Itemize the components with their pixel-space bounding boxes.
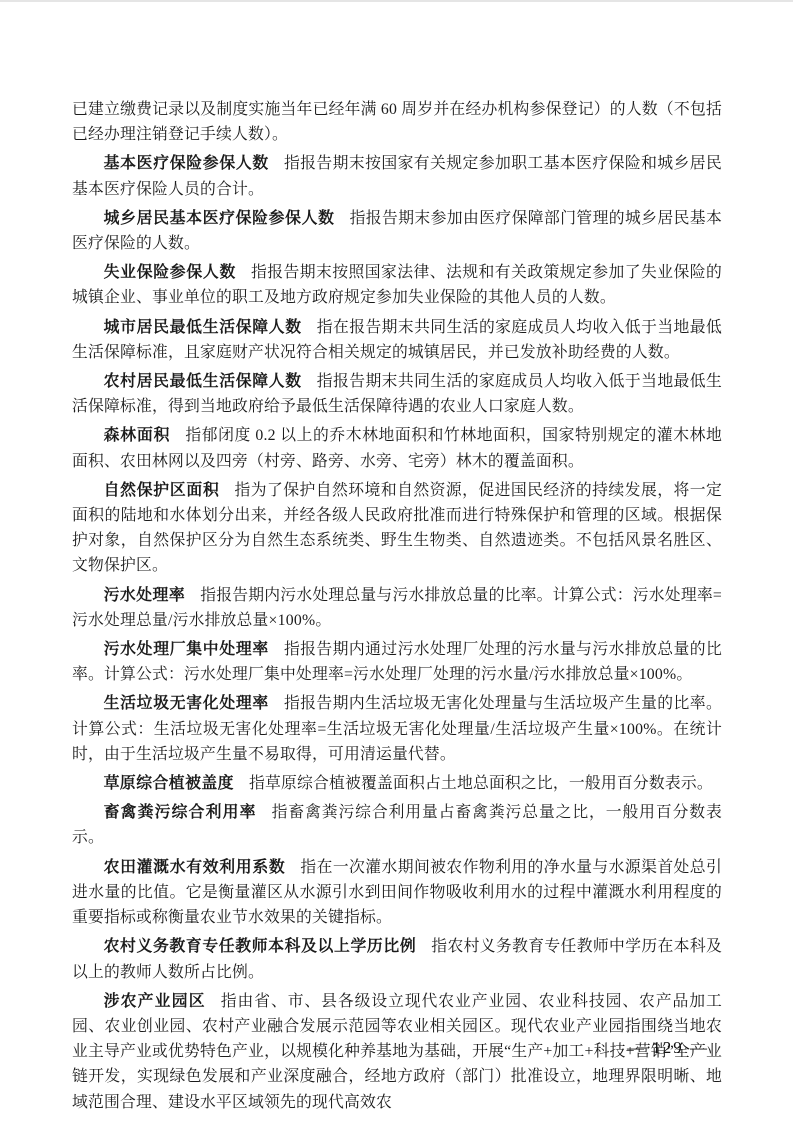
definition-paragraph: 森林面积指郁闭度 0.2 以上的乔木林地面积和竹林地面积，国家特别规定的灌木林地… <box>72 423 722 473</box>
term-label: 污水处理率 <box>104 587 186 604</box>
term-label: 城市居民最低生活保障人数 <box>104 319 302 336</box>
definition-paragraph: 草原综合植被盖度指草原综合植被覆盖面积占土地总面积之比，一般用百分数表示。 <box>72 771 722 796</box>
continuation-paragraph: 已建立缴费记录以及制度实施当年已经年满 60 周岁并在经办机构参保登记）的人数（… <box>72 97 722 147</box>
document-page: 已建立缴费记录以及制度实施当年已经年满 60 周岁并在经办机构参保登记）的人数（… <box>0 0 793 1122</box>
definition-paragraph: 畜禽粪污综合利用率指畜禽粪污综合利用量占畜禽粪污总量之比，一般用百分数表示。 <box>72 800 722 850</box>
term-label: 草原综合植被盖度 <box>104 775 234 792</box>
term-label: 失业保险参保人数 <box>104 264 236 281</box>
definition-paragraph: 城乡居民基本医疗保险参保人数指报告期末参加由医疗保障部门管理的城乡居民基本医疗保… <box>72 206 722 256</box>
term-label: 森林面积 <box>104 427 171 444</box>
page-number: — 129 — <box>627 1038 709 1058</box>
definition-paragraph: 城市居民最低生活保障人数指在报告期末共同生活的家庭成员人均收入低于当地最低生活保… <box>72 315 722 365</box>
term-label: 城乡居民基本医疗保险参保人数 <box>104 210 335 227</box>
definition-paragraph: 农村居民最低生活保障人数指报告期末共同生活的家庭成员人均收入低于当地最低生活保障… <box>72 369 722 419</box>
definition-paragraph: 自然保护区面积指为了保护自然环境和自然资源，促进国民经济的持续发展，将一定面积的… <box>72 478 722 579</box>
definition-paragraph: 污水处理厂集中处理率指报告期内通过污水处理厂处理的污水量与污水排放总量的比率。计… <box>72 637 722 687</box>
definition-paragraph: 生活垃圾无害化处理率指报告期内生活垃圾无害化处理量与生活垃圾产生量的比率。计算公… <box>72 691 722 767</box>
definition-text: 指由省、市、县各级设立现代农业产业园、农业科技园、农产品加工园、农业创业园、农村… <box>72 993 722 1111</box>
term-label: 自然保护区面积 <box>104 482 220 499</box>
definition-paragraph: 涉农产业园区指由省、市、县各级设立现代农业产业园、农业科技园、农产品加工园、农业… <box>72 989 722 1115</box>
definitions-list: 基本医疗保险参保人数指报告期末按国家有关规定参加职工基本医疗保险和城乡居民基本医… <box>72 151 722 1114</box>
term-label: 农村义务教育专任教师本科及以上学历比例 <box>104 938 417 955</box>
term-label: 生活垃圾无害化处理率 <box>104 695 269 712</box>
term-label: 农田灌溉水有效利用系数 <box>104 859 286 876</box>
definition-paragraph: 污水处理率指报告期内污水处理总量与污水排放总量的比率。计算公式：污水处理率=污水… <box>72 583 722 633</box>
definition-text: 指草原综合植被覆盖面积占土地总面积之比，一般用百分数表示。 <box>249 775 713 792</box>
term-label: 农村居民最低生活保障人数 <box>104 373 302 390</box>
term-label: 基本医疗保险参保人数 <box>104 155 269 172</box>
term-label: 污水处理厂集中处理率 <box>104 641 269 658</box>
term-label: 畜禽粪污综合利用率 <box>104 804 257 821</box>
definition-paragraph: 农田灌溉水有效利用系数指在一次灌水期间被农作物利用的净水量与水源渠首处总引进水量… <box>72 855 722 931</box>
definition-paragraph: 农村义务教育专任教师本科及以上学历比例指农村义务教育专任教师中学历在本科及以上的… <box>72 934 722 984</box>
definition-paragraph: 基本医疗保险参保人数指报告期末按国家有关规定参加职工基本医疗保险和城乡居民基本医… <box>72 151 722 201</box>
definition-paragraph: 失业保险参保人数指报告期末按照国家法律、法规和有关政策规定参加了失业保险的城镇企… <box>72 260 722 310</box>
term-label: 涉农产业园区 <box>104 993 206 1010</box>
